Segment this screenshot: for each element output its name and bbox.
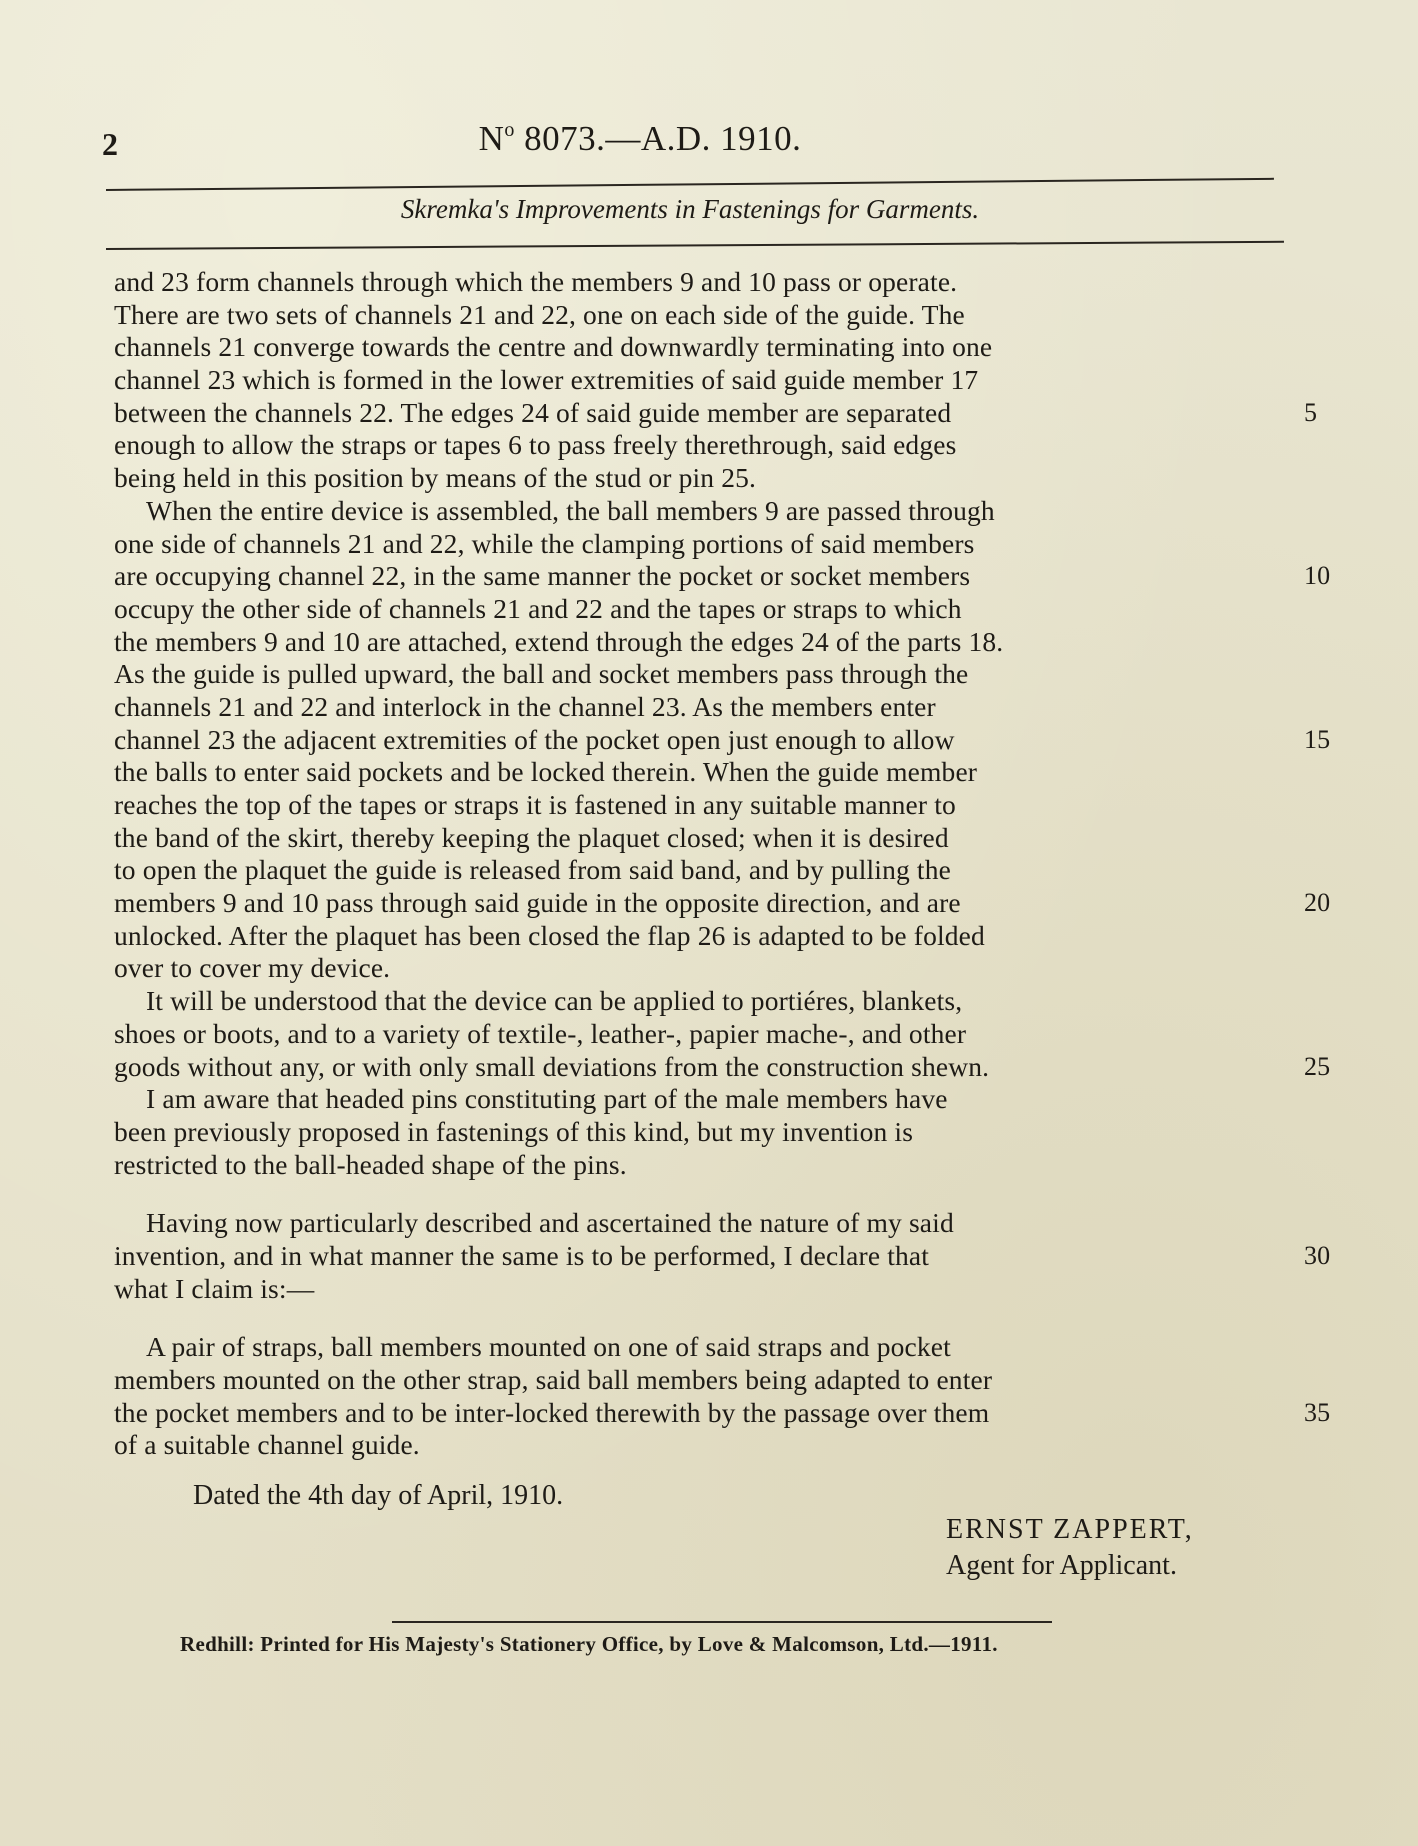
- text-line: what I claim is:—: [114, 1273, 1299, 1306]
- text-line: channel 23 the adjacent extremities of t…: [114, 724, 1299, 757]
- text-line: I am aware that headed pins constituting…: [114, 1083, 1299, 1116]
- header-divider-top: [106, 178, 1274, 191]
- patent-number-sup: o: [504, 119, 515, 141]
- text-line: being held in this position by means of …: [114, 462, 1299, 495]
- line-text: occupy the other side of channels 21 and…: [114, 593, 962, 624]
- patent-page: 2 No 8073.—A.D. 1910. Skremka's Improvem…: [0, 0, 1418, 1846]
- text-line: When the entire device is assembled, the…: [114, 495, 1299, 528]
- footer-divider: [392, 1621, 1052, 1623]
- text-line: channel 23 which is formed in the lower …: [114, 364, 1299, 397]
- signatory-name: ERNST ZAPPERT,: [946, 1512, 1194, 1548]
- text-line: There are two sets of channels 21 and 22…: [114, 299, 1299, 332]
- patent-number: 8073.—A.D. 1910.: [515, 119, 802, 158]
- line-text: channel 23 the adjacent extremities of t…: [114, 724, 955, 755]
- signature-block: ERNST ZAPPERT, Agent for Applicant.: [946, 1512, 1194, 1584]
- declaration-paragraph: Having now particularly described and as…: [114, 1207, 1299, 1305]
- text-line: reaches the top of the tapes or straps i…: [114, 789, 1299, 822]
- line-text: what I claim is:—: [114, 1273, 314, 1304]
- text-line: channels 21 converge towards the centre …: [114, 331, 1299, 364]
- line-text: members 9 and 10 pass through said guide…: [114, 887, 961, 918]
- claim-paragraph: A pair of straps, ball members mounted o…: [114, 1331, 1299, 1462]
- text-line: been previously proposed in fastenings o…: [114, 1116, 1299, 1149]
- line-text: Having now particularly described and as…: [146, 1207, 954, 1238]
- signatory-role: Agent for Applicant.: [946, 1548, 1194, 1584]
- line-text: members mounted on the other strap, said…: [114, 1364, 992, 1395]
- margin-line-number: 5: [1304, 397, 1317, 430]
- line-text: A pair of straps, ball members mounted o…: [146, 1331, 951, 1362]
- paragraph-gap: [114, 1181, 1299, 1207]
- printer-imprint: Redhill: Printed for His Majesty's Stati…: [180, 1632, 998, 1657]
- line-text: reaches the top of the tapes or straps i…: [114, 789, 956, 820]
- text-line: channels 21 and 22 and interlock in the …: [114, 691, 1299, 724]
- line-text: between the channels 22. The edges 24 of…: [114, 397, 951, 428]
- margin-line-number: 10: [1304, 560, 1330, 593]
- line-text: the members 9 and 10 are attached, exten…: [114, 626, 1003, 657]
- text-line: the members 9 and 10 are attached, exten…: [114, 626, 1299, 659]
- line-text: one side of channels 21 and 22, while th…: [114, 528, 975, 559]
- margin-line-number: 15: [1304, 724, 1330, 757]
- text-line: unlocked. After the plaquet has been clo…: [114, 920, 1299, 953]
- dated-line: Dated the 4th day of April, 1910.: [193, 1480, 563, 1512]
- text-line: the band of the skirt, thereby keeping t…: [114, 822, 1299, 855]
- margin-line-number: 20: [1304, 887, 1330, 920]
- margin-line-number: 35: [1304, 1397, 1330, 1430]
- line-text: invention, and in what manner the same i…: [114, 1240, 929, 1271]
- text-line: restricted to the ball-headed shape of t…: [114, 1149, 1299, 1182]
- margin-line-number: 30: [1304, 1240, 1330, 1273]
- patent-number-prefix: N: [479, 119, 505, 158]
- patent-title: No 8073.—A.D. 1910.: [0, 120, 1280, 156]
- body-text: and 23 form channels through which the m…: [114, 266, 1299, 1462]
- text-line: members mounted on the other strap, said…: [114, 1364, 1299, 1397]
- line-text: to open the plaquet the guide is release…: [114, 854, 951, 885]
- text-line: goods without any, or with only small de…: [114, 1051, 1299, 1084]
- line-text: I am aware that headed pins constituting…: [146, 1083, 948, 1114]
- line-text: channels 21 and 22 and interlock in the …: [114, 691, 936, 722]
- line-text: goods without any, or with only small de…: [114, 1051, 989, 1082]
- text-line: the pocket members and to be inter-locke…: [114, 1397, 1299, 1430]
- line-text: It will be understood that the device ca…: [146, 985, 962, 1016]
- text-line: over to cover my device.: [114, 952, 1299, 985]
- text-line: between the channels 22. The edges 24 of…: [114, 397, 1299, 430]
- line-text: of a suitable channel guide.: [114, 1429, 420, 1460]
- text-line: Having now particularly described and as…: [114, 1207, 1299, 1240]
- text-line: shoes or boots, and to a variety of text…: [114, 1018, 1299, 1051]
- line-text: restricted to the ball-headed shape of t…: [114, 1149, 627, 1180]
- text-line: invention, and in what manner the same i…: [114, 1240, 1299, 1273]
- text-line: are occupying channel 22, in the same ma…: [114, 560, 1299, 593]
- line-text: channels 21 converge towards the centre …: [114, 331, 992, 362]
- line-text: the band of the skirt, thereby keeping t…: [114, 822, 949, 853]
- text-line: one side of channels 21 and 22, while th…: [114, 528, 1299, 561]
- text-line: the balls to enter said pockets and be l…: [114, 756, 1299, 789]
- specification-paragraphs: and 23 form channels through which the m…: [114, 266, 1299, 1181]
- line-text: over to cover my device.: [114, 952, 390, 983]
- line-text: and 23 form channels through which the m…: [114, 266, 957, 297]
- line-text: There are two sets of channels 21 and 22…: [114, 299, 965, 330]
- text-line: of a suitable channel guide.: [114, 1429, 1299, 1462]
- line-text: being held in this position by means of …: [114, 462, 756, 493]
- line-text: When the entire device is assembled, the…: [146, 495, 995, 526]
- text-line: enough to allow the straps or tapes 6 to…: [114, 429, 1299, 462]
- text-line: to open the plaquet the guide is release…: [114, 854, 1299, 887]
- text-line: members 9 and 10 pass through said guide…: [114, 887, 1299, 920]
- paragraph-gap: [114, 1305, 1299, 1331]
- line-text: As the guide is pulled upward, the ball …: [114, 658, 968, 689]
- line-text: shoes or boots, and to a variety of text…: [114, 1018, 966, 1049]
- line-text: the balls to enter said pockets and be l…: [114, 756, 977, 787]
- line-text: channel 23 which is formed in the lower …: [114, 364, 978, 395]
- line-text: the pocket members and to be inter-locke…: [114, 1397, 989, 1428]
- text-line: A pair of straps, ball members mounted o…: [114, 1331, 1299, 1364]
- text-line: As the guide is pulled upward, the ball …: [114, 658, 1299, 691]
- line-text: are occupying channel 22, in the same ma…: [114, 560, 970, 591]
- text-line: It will be understood that the device ca…: [114, 985, 1299, 1018]
- line-text: enough to allow the straps or tapes 6 to…: [114, 429, 956, 460]
- running-head: Skremka's Improvements in Fastenings for…: [0, 196, 1380, 223]
- line-text: been previously proposed in fastenings o…: [114, 1116, 913, 1147]
- line-text: unlocked. After the plaquet has been clo…: [114, 920, 985, 951]
- text-line: occupy the other side of channels 21 and…: [114, 593, 1299, 626]
- margin-line-number: 25: [1304, 1051, 1330, 1084]
- header-divider-bottom: [106, 241, 1284, 250]
- text-line: and 23 form channels through which the m…: [114, 266, 1299, 299]
